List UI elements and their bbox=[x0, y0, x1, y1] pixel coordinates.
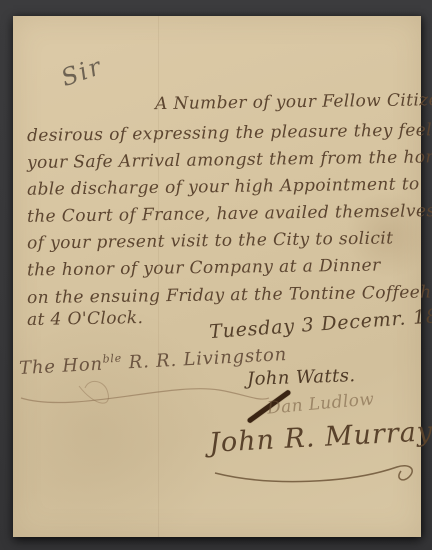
letter-body-line: able discharge of your high Appointment … bbox=[27, 176, 420, 198]
photo-background: Sir A Number of your Fellow Citizens des… bbox=[0, 0, 432, 550]
signature-john-watts: John Watts. bbox=[247, 367, 356, 389]
letter-time-line: at 4 O'Clock. bbox=[27, 310, 144, 329]
signature-john-r-murray: John R. Murray bbox=[208, 418, 432, 457]
murray-flourish bbox=[211, 459, 423, 491]
letter-body-line: the Court of France, have availed themse… bbox=[27, 203, 432, 226]
addressee-superscript: ble bbox=[102, 352, 122, 366]
addressee-prefix: The Hon bbox=[19, 354, 104, 379]
salutation: Sir bbox=[58, 54, 105, 90]
letter-body-line: desirous of expressing the pleasure they… bbox=[27, 122, 432, 145]
addressee-flourish bbox=[19, 376, 274, 421]
letter-body-line: on the ensuing Friday at the Tontine Cof… bbox=[27, 284, 432, 307]
letter-body-line: of your present visit to the City to sol… bbox=[27, 230, 394, 252]
letter-opening-line: A Number of your Fellow Citizens bbox=[155, 92, 432, 113]
letter-body-line: your Safe Arrival amongst them from the … bbox=[27, 149, 432, 172]
letter-paper: Sir A Number of your Fellow Citizens des… bbox=[13, 16, 421, 537]
letter-body-line: the honor of your Company at a Dinner bbox=[27, 258, 381, 280]
dateline: Tuesday 3 Decemr. 1805. bbox=[209, 305, 432, 342]
